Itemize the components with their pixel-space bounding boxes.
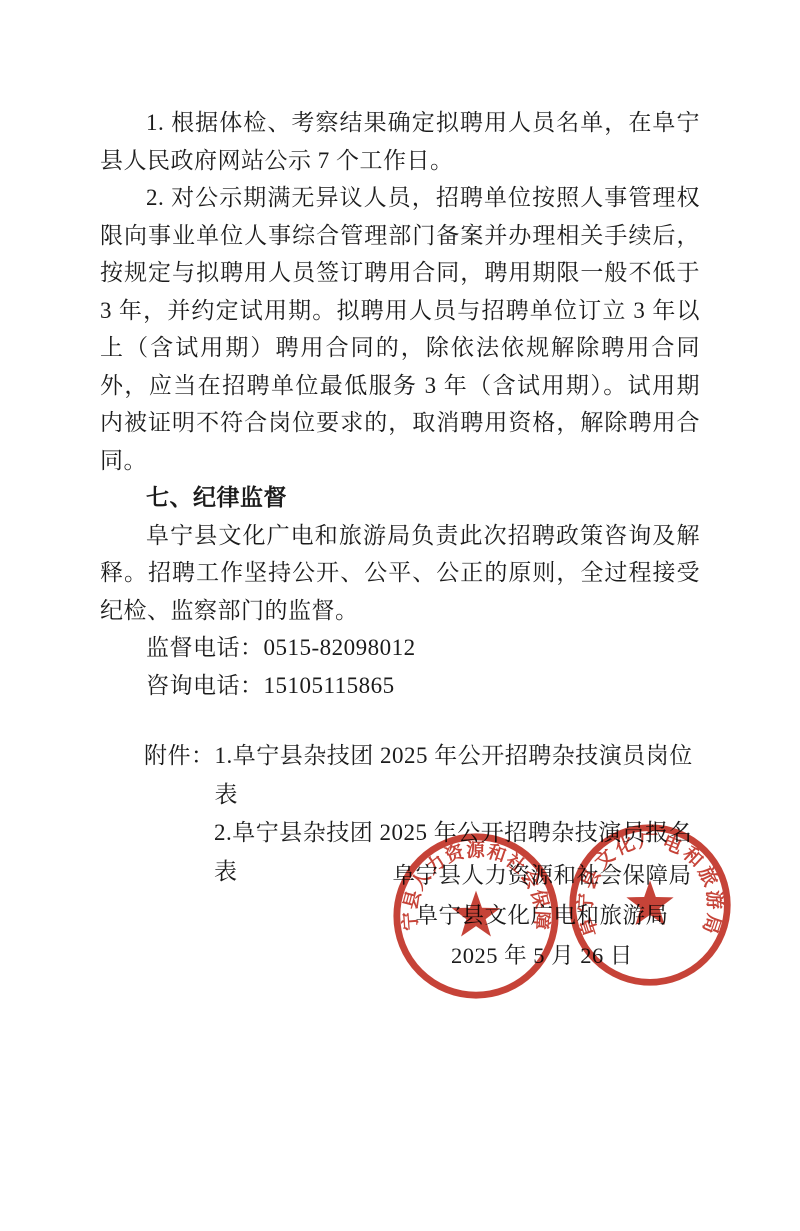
star-icon	[452, 891, 500, 937]
consultation-phone: 咨询电话：15105115865	[100, 667, 700, 705]
paragraph-3: 阜宁县文化广电和旅游局负责此次招聘政策咨询及解释。招聘工作坚持公开、公平、公正的…	[100, 517, 700, 630]
section-heading-discipline: 七、纪律监督	[100, 479, 700, 517]
attachments-label: 附件：	[144, 737, 215, 814]
document-body: 1. 根据体检、考察结果确定拟聘用人员名单，在阜宁县人民政府网站公示 7 个工作…	[100, 104, 700, 891]
official-seal-hrss: 阜宁县人力资源和社会保障局	[390, 830, 562, 1002]
supervision-phone: 监督电话：0515-82098012	[100, 629, 700, 667]
official-seal-culture: 阜宁县文化广电和旅游局	[566, 821, 734, 989]
document-page: 1. 根据体检、考察结果确定拟聘用人员名单，在阜宁县人民政府网站公示 7 个工作…	[0, 0, 800, 1231]
star-icon	[626, 880, 673, 925]
paragraph-1: 1. 根据体检、考察结果确定拟聘用人员名单，在阜宁县人民政府网站公示 7 个工作…	[100, 104, 700, 179]
attachment-row-1: 附件： 1.阜宁县杂技团 2025 年公开招聘杂技演员岗位表	[144, 737, 700, 814]
attachment-item-1: 1.阜宁县杂技团 2025 年公开招聘杂技演员岗位表	[215, 737, 701, 814]
paragraph-2: 2. 对公示期满无异议人员，招聘单位按照人事管理权限向事业单位人事综合管理部门备…	[100, 179, 700, 479]
